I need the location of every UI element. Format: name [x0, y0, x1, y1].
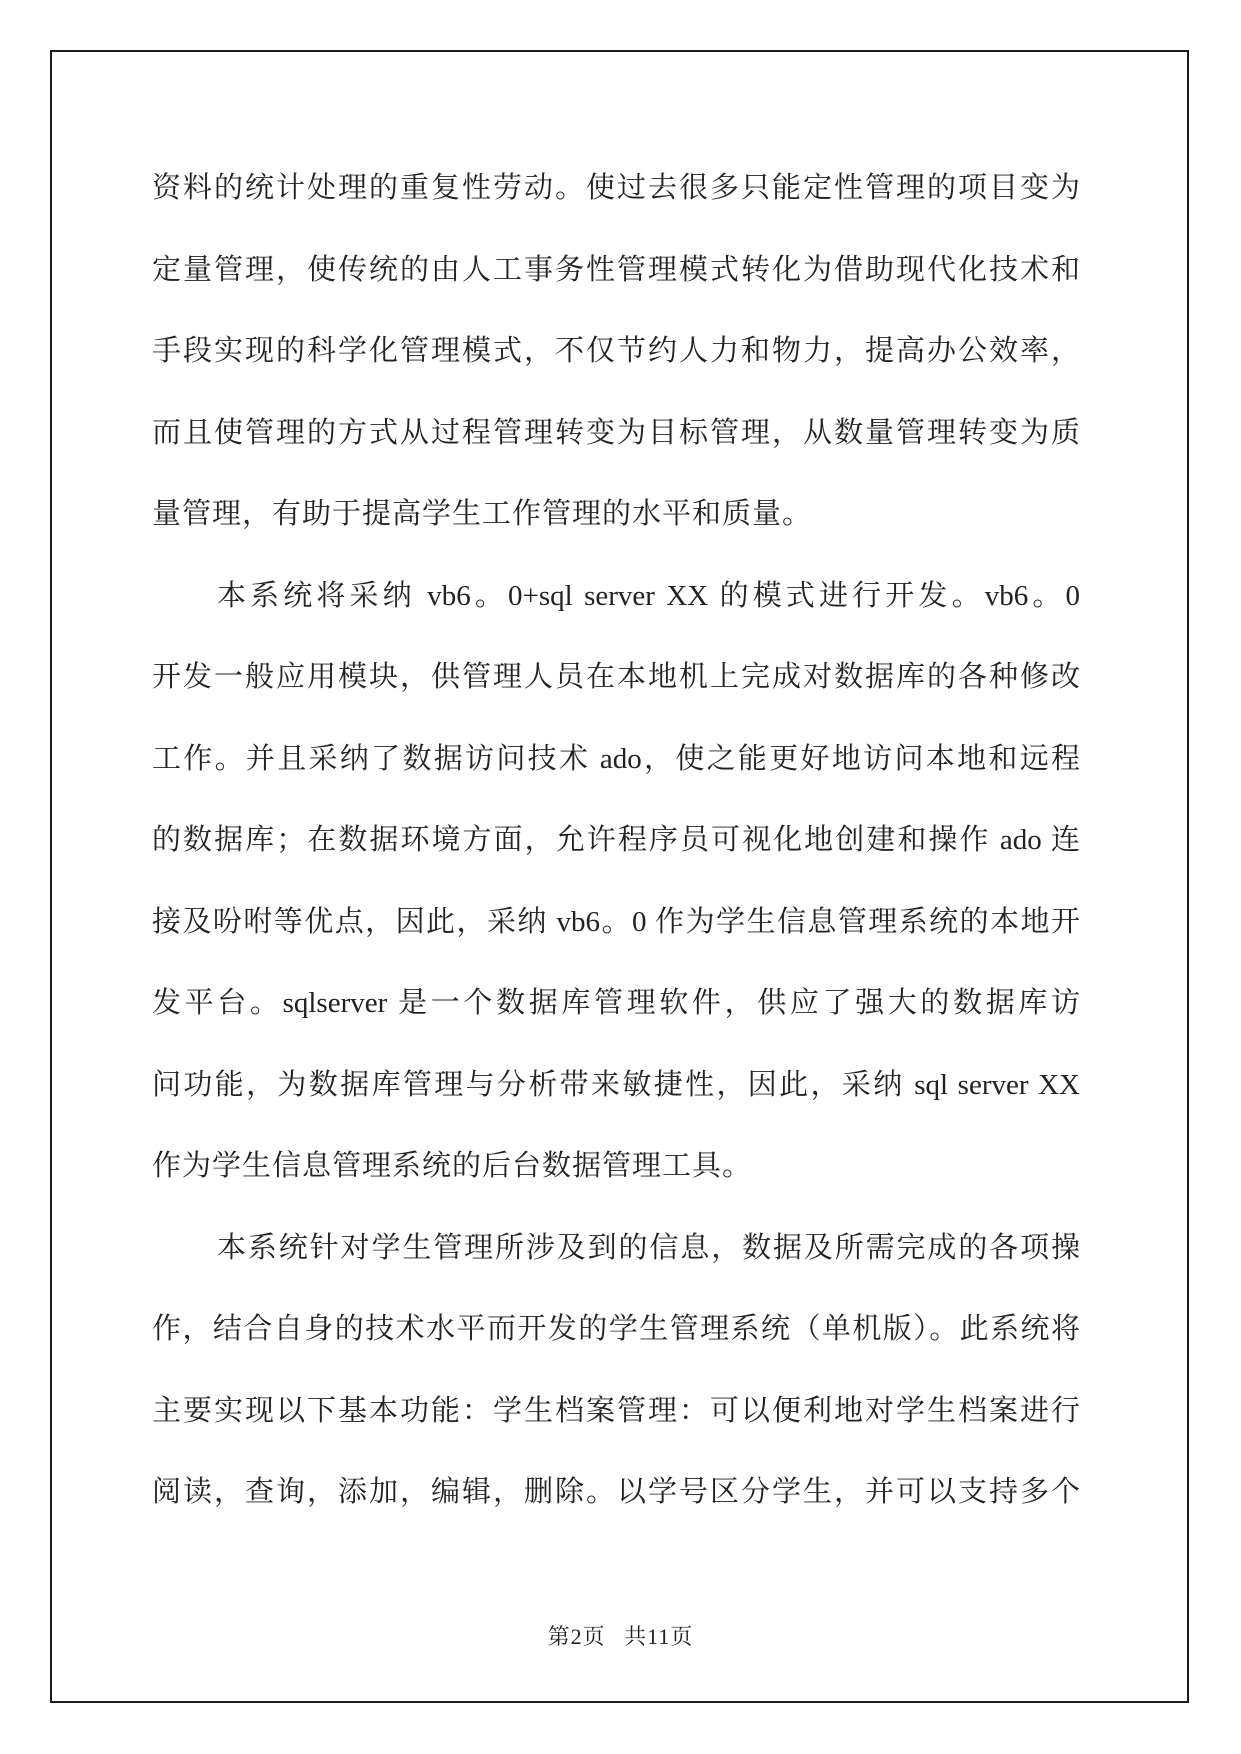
text-line: 资料的统计处理的重复性劳动。使过去很多只能定性管理的项目变为	[152, 148, 1080, 230]
text-line: 的数据库；在数据环境方面，允许程序员可视化地创建和操作 ado 连	[152, 800, 1080, 882]
text-line: 开发一般应用模块，供管理人员在本地机上完成对数据库的各种修改	[152, 637, 1080, 719]
text-line: 作，结合自身的技术水平而开发的学生管理系统（单机版）。此系统将	[152, 1289, 1080, 1371]
text-line: 阅读，查询，添加，编辑，删除。以学号区分学生，并可以支持多个	[152, 1452, 1080, 1534]
text-line: 接及吩咐等优点，因此，采纳 vb6。0 作为学生信息管理系统的本地开	[152, 882, 1080, 964]
document-page: 资料的统计处理的重复性劳动。使过去很多只能定性管理的项目变为定量管理，使传统的由…	[0, 0, 1241, 1754]
text-line: 主要实现以下基本功能：学生档案管理：可以便利地对学生档案进行	[152, 1371, 1080, 1453]
text-line: 本系统将采纳 vb6。0+sql server XX 的模式进行开发。vb6。0	[152, 556, 1080, 638]
text-line: 定量管理，使传统的由人工事务性管理模式转化为借助现代化技术和	[152, 230, 1080, 312]
text-line: 发平台。sqlserver 是一个数据库管理软件，供应了强大的数据库访	[152, 963, 1080, 1045]
text-line: 量管理，有助于提高学生工作管理的水平和质量。	[152, 474, 1080, 556]
text-line: 问功能，为数据库管理与分析带来敏捷性，因此，采纳 sql server XX	[152, 1045, 1080, 1127]
page-number-footer: 第2页 共11页	[0, 1620, 1241, 1654]
text-line: 本系统针对学生管理所涉及到的信息，数据及所需完成的各项操	[152, 1208, 1080, 1290]
text-line: 作为学生信息管理系统的后台数据管理工具。	[152, 1126, 1080, 1208]
document-body: 资料的统计处理的重复性劳动。使过去很多只能定性管理的项目变为定量管理，使传统的由…	[152, 148, 1080, 1534]
text-line: 而且使管理的方式从过程管理转变为目标管理，从数量管理转变为质	[152, 393, 1080, 475]
text-line: 手段实现的科学化管理模式，不仅节约人力和物力，提高办公效率，	[152, 311, 1080, 393]
text-line: 工作。并且采纳了数据访问技术 ado，使之能更好地访问本地和远程	[152, 719, 1080, 801]
